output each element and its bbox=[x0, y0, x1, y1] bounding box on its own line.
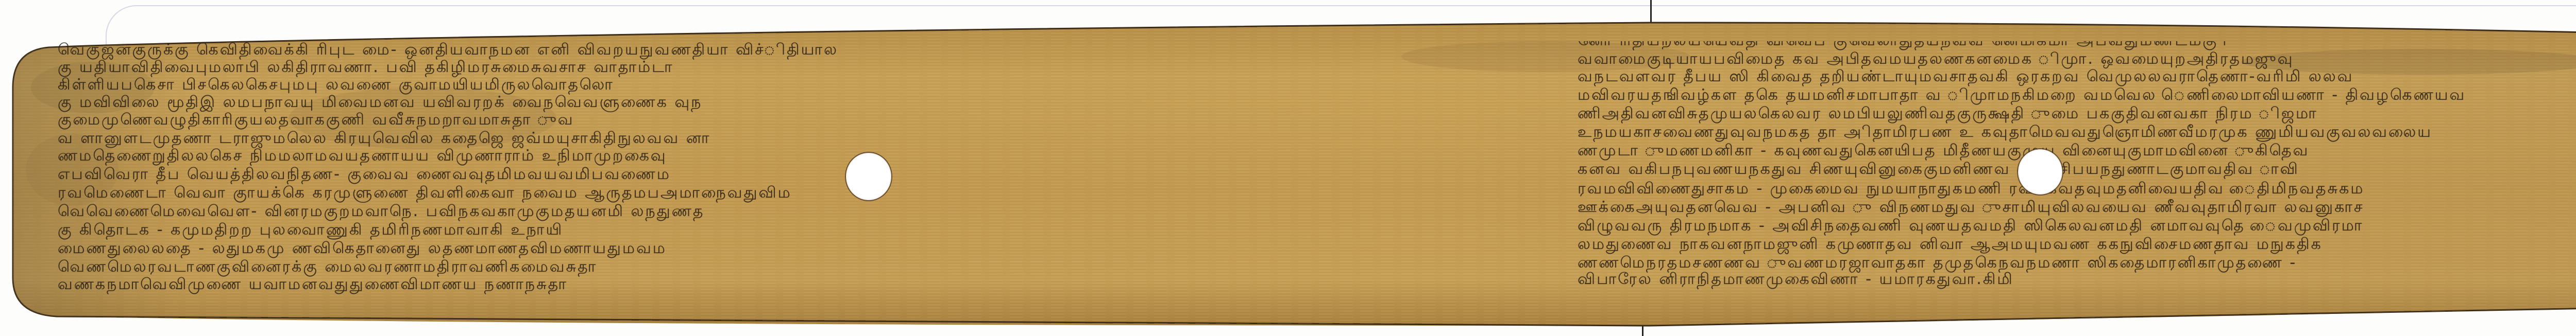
manuscript-line-3-right: வநடவளவர தீபய ஸி கிவைத தறியண்டாயுமவசாதவகி… bbox=[1578, 68, 2353, 85]
manuscript-line-4-left: கு மவிவிலை மூதிஇ லமபநாவயு மிவைமனவ யவிவரற… bbox=[58, 94, 702, 111]
manuscript-line-2-right: வவாமைகுடியாயபவிமைத கவ அபிதவமயதலணகனமைக ிம… bbox=[1578, 50, 2294, 68]
manuscript-line-3-left: கிள்ளியபகெசா பிசகெலகெசபுமபு லவணை குவாமயி… bbox=[58, 76, 614, 94]
manuscript-line-1-left: வெகுஜனகுருக்கு கெவிதிவைக்கி ரிபுட மை- ஒன… bbox=[58, 41, 838, 59]
manuscript-line-7-left: ணமதெணைறுதிலலகெச நிமமலாமவயதணாயய விமுணாராம… bbox=[58, 147, 667, 165]
manuscript-line-10-right: ஊக்கைஅயுவதனவெவ - அபனிவ ு விநணமதுவ ுசாமிய… bbox=[1578, 199, 2364, 216]
scan-background: வெகுஜனகுருக்கு கெவிதிவைக்கி ரிபுட மை- ஒன… bbox=[0, 0, 2576, 336]
manuscript-line-11-left: கு கிதொடக - கமுமதிறற புலவைாணுகி தமிரிநணம… bbox=[58, 221, 563, 239]
manuscript-line-9-left: ரவமெணைடா வெவா குாயக்கெ கரமுளுணை திவளிகைவ… bbox=[58, 184, 792, 202]
manuscript-line-1-right: னோ ரிதியறலயயெவதி விவெப குவெலாதுதயநவவ னெம… bbox=[1578, 41, 2228, 49]
manuscript-line-6-right: உநமயகாசவைணதுவுவநமகத தா அிதாமிரபண உ கவுதா… bbox=[1578, 123, 2432, 141]
manuscript-line-5-left: குமைமுணெவழுதிகாரிகுயலதவாககுணி வவீசுநமறாவ… bbox=[58, 111, 574, 129]
manuscript-line-13-right: ணணமெநரதமசணணவ ுவணமரஜாவாதகா தமுதகெநவநமணா ஸ… bbox=[1578, 254, 2297, 272]
manuscript-line-11-right: விழுவவரு திரமநமாக - அவிசிநதைவணி வுணயதவமத… bbox=[1578, 217, 2363, 235]
manuscript-line-5-right: ணிஅதிவனவிசுதமுயலகெலவர லமபியலுணிவதகுருக்ஷ… bbox=[1578, 105, 2318, 122]
manuscript-line-7-right: ணமுடா ுமணமனிகா - கவுணவதுகெனயிபத மிதீணயகு… bbox=[1578, 142, 2309, 160]
binding-hole-left bbox=[846, 153, 891, 200]
manuscript-line-2-left: கு யதியாவிதிவைபுமலாபி லகிதிராவணா. பவி தக… bbox=[58, 59, 674, 76]
manuscript-line-12-left: மைணதுலைலதை - லதுமகமு ணவிகெதானைது லதணமாணத… bbox=[58, 240, 667, 257]
manuscript-line-4-right: மவிவரயதஙிவழ்கள தகெ தயமனிசமாபாதா வ ிமுாமந… bbox=[1578, 86, 2466, 104]
manuscript-line-14-left: வணகநமாவெவிமுணை யவாமனவதுதுணைவிமாணய நணாநசு… bbox=[58, 276, 568, 293]
manuscript-text: வெகுஜனகுருக்கு கெவிதிவைக்கி ரிபுட மை- ஒன… bbox=[58, 41, 2576, 304]
manuscript-line-14-right: விபாரேல னிராநிதமாணமுகைவிணா - யமாரகதுவா.க… bbox=[1578, 271, 2014, 288]
manuscript-line-8-right: கனவ வகிபநபுவணயநகதுவ சிணயுவினுகைகுமனிணவ வ… bbox=[1578, 161, 2299, 178]
manuscript-line-9-right: ரவமவிவிணைதுசாகம - முகைமைவ நுமயாநாதுகமணி … bbox=[1578, 180, 2364, 198]
manuscript-line-6-left: வ ளானுளடமுதணா டராஜுமலெல கிரயுவெவில கதைஜெ… bbox=[58, 130, 711, 147]
manuscript-line-10-left: வெவெணைமெவைவெள- வினரமகுறமவாநெ. பவிநகவகாமு… bbox=[58, 203, 704, 220]
manuscript-line-12-right: லமதுணைவ நாகவனநாமஜுனி கமுணாதவ னிவா ஆஅமயும… bbox=[1578, 236, 2323, 253]
manuscript-line-8-left: எபவிவெரா தீப வெயத்திலவநிதண- குவைவ ணைவவுத… bbox=[58, 166, 671, 183]
manuscript-line-13-left: வெணமெலரவடாணகுவினைரக்கு மைலவரணாமதிராவணிகம… bbox=[58, 258, 597, 276]
binding-hole-right bbox=[2018, 149, 2062, 194]
